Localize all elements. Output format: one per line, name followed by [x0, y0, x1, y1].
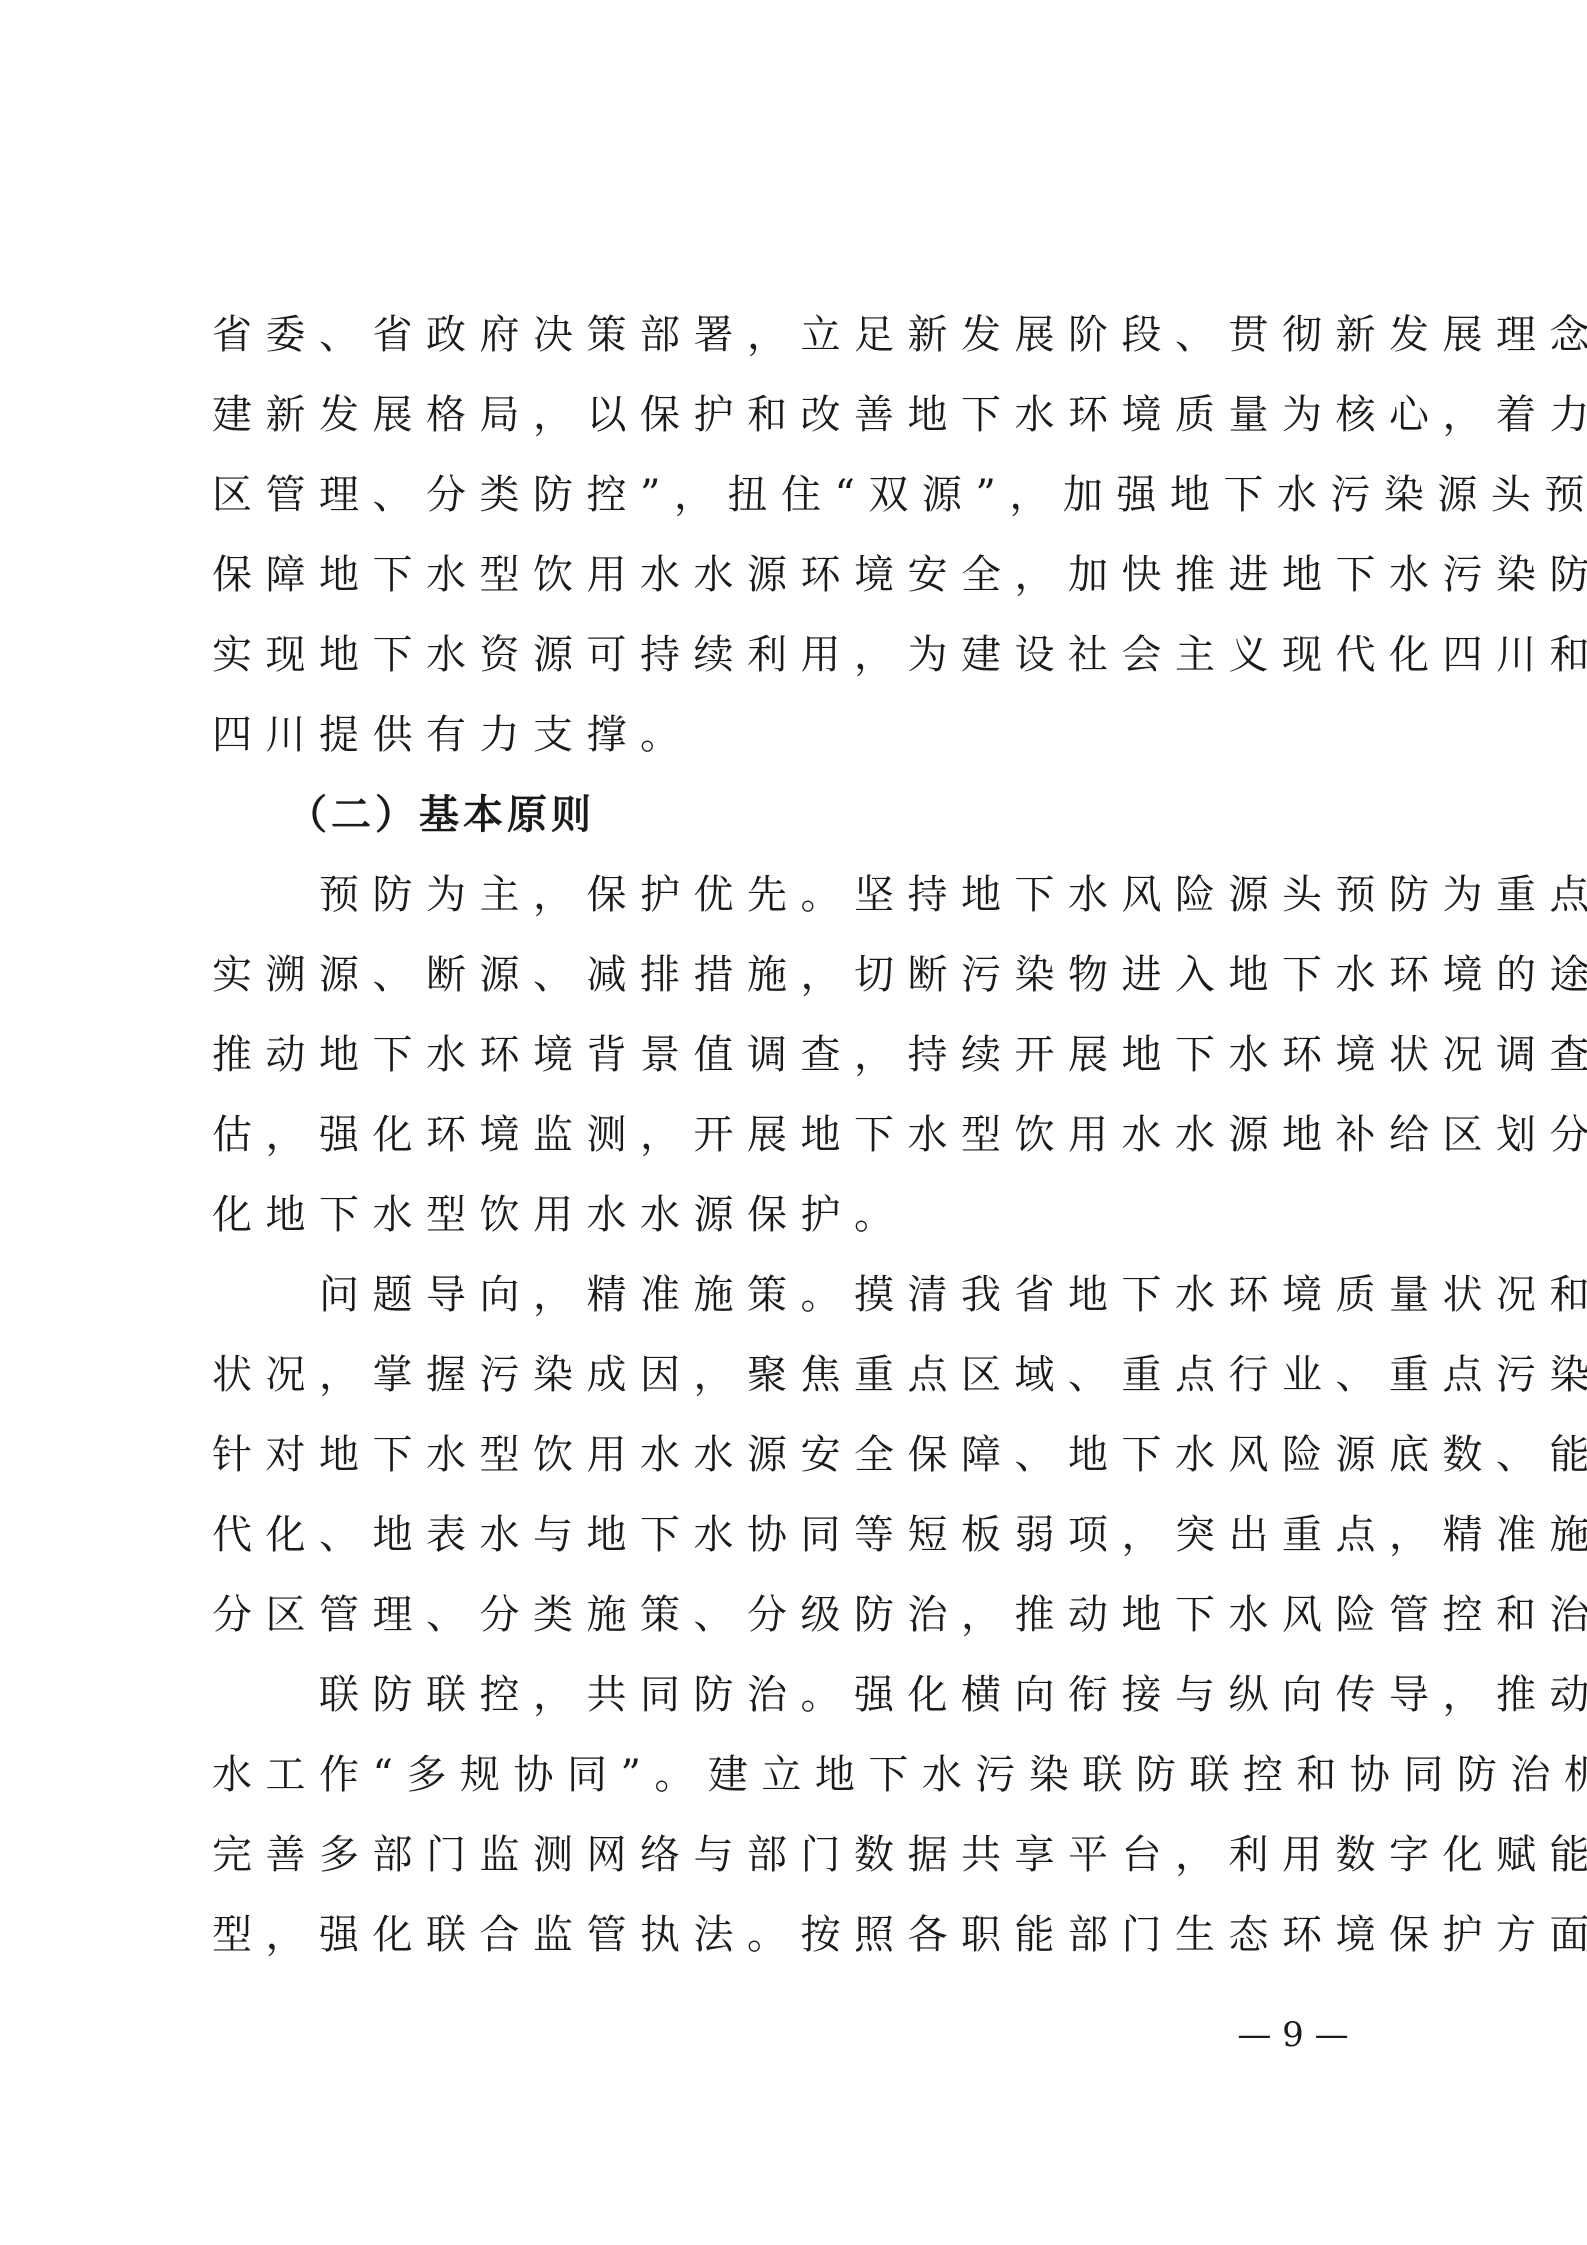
paragraph-problem-oriented: 问题导向，精准施策。摸清我省地下水环境质量状况和污染 状况，掌握污染成因，聚焦重…: [212, 1255, 1392, 1655]
text-line: 实现地下水资源可持续利用，为建设社会主义现代化四川和美丽: [212, 615, 1392, 695]
text-line: 完善多部门监测网络与部门数据共享平台，利用数字化赋能转: [212, 1815, 1392, 1895]
text-line: 型，强化联合监管执法。按照各职能部门生态环境保护方面责任: [212, 1895, 1392, 1975]
paragraph-prevention-first: 预防为主，保护优先。坚持地下水风险源头预防为重点，落 实溯源、断源、减排措施，切…: [212, 855, 1392, 1255]
text-line: 针对地下水型饮用水水源安全保障、地下水风险源底数、能力现: [212, 1415, 1392, 1495]
text-line: 状况，掌握污染成因，聚焦重点区域、重点行业、重点污染物，: [212, 1335, 1392, 1415]
text-line: 省委、省政府决策部署，立足新发展阶段、贯彻新发展理念、构: [212, 295, 1392, 375]
text-line: 实溯源、断源、减排措施，切断污染物进入地下水环境的途径。: [212, 935, 1392, 1015]
page-number: — 9 —: [1228, 2010, 1358, 2060]
document-page: 省委、省政府决策部署，立足新发展阶段、贯彻新发展理念、构 建新发展格局，以保护和…: [0, 0, 1587, 2245]
text-line: 问题导向，精准施策。摸清我省地下水环境质量状况和污染: [212, 1255, 1392, 1335]
text-line: 区管理、分类防控”，扭住“双源”，加强地下水污染源头预防，: [212, 455, 1392, 535]
text-line: 联防联控，共同防治。强化横向衔接与纵向传导，推动地下: [212, 1655, 1392, 1735]
text-line: 推动地下水环境背景值调查，持续开展地下水环境状况调查评: [212, 1015, 1392, 1095]
section-heading-basic-principles: （二）基本原则: [212, 775, 1392, 855]
text-line: 预防为主，保护优先。坚持地下水风险源头预防为重点，落: [212, 855, 1392, 935]
text-line: 分区管理、分类施策、分级防治，推动地下水风险管控和治理。: [212, 1575, 1392, 1655]
text-line: 代化、地表水与地下水协同等短板弱项，突出重点，精准施策，: [212, 1495, 1392, 1575]
text-line: 水工作“多规协同”。建立地下水污染联防联控和协同防治机制，: [212, 1735, 1392, 1815]
paragraph-joint-prevention: 联防联控，共同防治。强化横向衔接与纵向传导，推动地下 水工作“多规协同”。建立地…: [212, 1655, 1392, 1975]
document-body: 省委、省政府决策部署，立足新发展阶段、贯彻新发展理念、构 建新发展格局，以保护和…: [212, 295, 1392, 1975]
text-line: 估，强化环境监测，开展地下水型饮用水水源地补给区划分，强: [212, 1095, 1392, 1175]
text-line: 四川提供有力支撑。: [212, 695, 1392, 775]
text-line: 建新发展格局，以保护和改善地下水环境质量为核心，着力“分: [212, 375, 1392, 455]
paragraph-guiding-ideology-continuation: 省委、省政府决策部署，立足新发展阶段、贯彻新发展理念、构 建新发展格局，以保护和…: [212, 295, 1392, 775]
text-line: 化地下水型饮用水水源保护。: [212, 1175, 1392, 1255]
text-line: 保障地下水型饮用水水源环境安全，加快推进地下水污染防治，: [212, 535, 1392, 615]
